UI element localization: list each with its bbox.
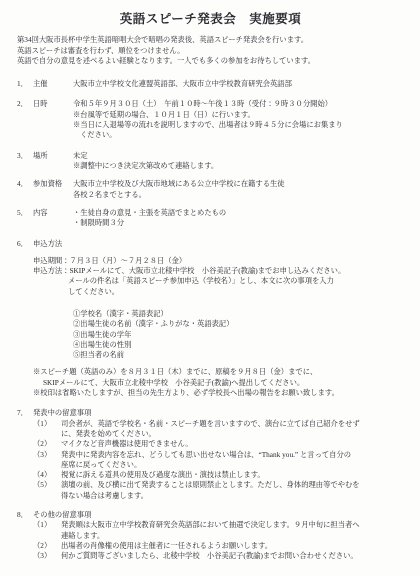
document-page: 英語スピーチ発表会 実施要項 第34回大阪市長杯中学生英語暗唱大会で暗唱の発表後… [0, 0, 420, 576]
application-field-item: ②出場生徒の名前（漢字・ふりがな・英語表記） [73, 319, 404, 329]
text-line: ください。 [73, 130, 404, 140]
text-line: 令和５年９月３０日（土） 午前１０時～午後１３時（受付：９時３０分開始） [73, 99, 404, 109]
section-label: 参加資格 [33, 179, 62, 200]
section-heading: 2． 日時 [17, 99, 73, 140]
list-item: （1） 司会者が、英語で学校名・名前・スピーチ題を言いますので、演台に立てば自己… [33, 419, 404, 440]
presentation-notes-list: （1） 司会者が、英語で学校名・名前・スピーチ題を言いますので、演台に立てば自己… [17, 419, 404, 501]
page-title: 英語スピーチ発表会 実施要項 [17, 14, 404, 24]
section-eligibility: 4． 参加資格 大阪市立中学校及び大阪市地域にある公立中学校に在籍する生徒 各校… [17, 179, 404, 200]
list-item: （2） マイクなど音声機器は使用できません。 [33, 439, 404, 449]
section-application: 6． 申込方法 [17, 239, 404, 249]
text-line: 未定 [73, 151, 404, 161]
section-heading: 7． 発表中の留意事項 [17, 408, 73, 418]
application-details: 申込期間：７月３日（月）～７月２８日（金） 申込方法：SKIPメールにて、大阪市… [17, 256, 404, 399]
section-number: 2． [17, 99, 33, 140]
list-item: （5） 演壇の前、及び横に出て発表することは原則禁止とします。ただし、身体的理由… [33, 480, 404, 501]
other-notes-list: （1） 発表順は大阪市立中学校教育研究会英語部において抽選で決定します。９月中旬… [17, 520, 404, 561]
section-content: 5． 内容 ・生徒自身の意見・主張を英語でまとめたもの ・制限時間３分 [17, 208, 404, 229]
text-line: 発表順は大阪市立中学校教育研究会英語部において抽選で決定します。９月中旬に担当者… [61, 520, 404, 530]
item-number: （2） [33, 439, 61, 449]
text-line: 何かご質問等ございましたら、北稜中学校 小谷美記子(教諭)までお問い合わせくださ… [61, 551, 404, 561]
text-line: 司会者が、英語で学校名・名前・スピーチ題を言いますので、演台に立てば自己紹介をせ… [61, 419, 404, 429]
application-method-line: 申込方法：SKIPメールにて、大阪市立北稜中学校 小谷美記子(教諭)までお申し込… [33, 266, 404, 276]
section-number: 7． [17, 408, 33, 418]
section-other-notes: 8． その他の留意事項 [17, 510, 404, 520]
list-item: （4） 視覚に訴える道具の使用及び過度な演出・演技は禁止します。 [33, 470, 404, 480]
section-label: 場所 [33, 151, 48, 172]
text-line: ※当日に入退場等の流れを説明しますので、出場者は９時４５分に会場にお集まり [73, 120, 404, 130]
section-heading: 4． 参加資格 [17, 179, 73, 200]
text-line: ・制限時間３分 [73, 218, 404, 228]
section-label: 日時 [33, 99, 48, 140]
section-label: 申込方法 [33, 239, 62, 249]
text-line: 視覚に訴える道具の使用及び過度な演出・演技は禁止します。 [61, 470, 404, 480]
section-datetime: 2． 日時 令和５年９月３０日（土） 午前１０時～午後１３時（受付：９時３０分開… [17, 99, 404, 140]
application-period-line: 申込期間：７月３日（月）～７月２８日（金） [33, 256, 404, 266]
item-number: （1） [33, 520, 61, 541]
application-field-item: ④出場生徒の性別 [73, 340, 404, 350]
section-presentation-notes: 7． 発表中の留意事項 [17, 408, 404, 418]
section-number: 4． [17, 179, 33, 200]
list-item: （1） 発表順は大阪市立中学校教育研究会英語部において抽選で決定します。９月中旬… [33, 520, 404, 541]
text-line: マイクなど音声機器は使用できません。 [61, 439, 404, 449]
application-field-list: ①学校名（漢字・英語表記） ②出場生徒の名前（漢字・ふりがな・英語表記） ③出場… [33, 309, 404, 360]
note-line: SKIPメールにて、大阪市立北稜中学校 小谷美記子(教諭)へ提出してください。 [33, 378, 404, 388]
text-line: 発表中に発表内容を忘れ、どうしても思い出せない場合は、“Thank you.” … [61, 450, 404, 460]
note-line: ※校印は省略いたしますが、担当の先生方より、必ず学校長へ出場の報告をお願い致しま… [33, 388, 404, 398]
intro-line: 英語で自分の意見を述べるよい経験となります。一人でも多くの参加をお待ちしています… [17, 56, 404, 66]
item-number: （2） [33, 541, 61, 551]
text-line: 大阪市立中学校及び大阪市地域にある公立中学校に在籍する生徒 [73, 179, 404, 189]
item-number: （3） [33, 450, 61, 471]
text-line: ※調整中につき決定次第改めて連絡します。 [73, 161, 404, 171]
section-number: 1． [17, 79, 33, 89]
text-line: 得ない場合は考慮します。 [61, 491, 404, 501]
item-number: （1） [33, 419, 61, 440]
item-number: （3） [33, 551, 61, 561]
section-number: 3． [17, 151, 33, 172]
section-heading: 1． 主催 [17, 79, 73, 89]
section-label: 内容 [33, 208, 48, 229]
text-line: ※台風等で延期の場合、１０月１日（日）に行います。 [73, 110, 404, 120]
text-line: 大阪市立中学校文化連盟英語部、大阪市立中学校教育研究会英語部 [73, 79, 404, 89]
section-heading: 5． 内容 [17, 208, 73, 229]
text-line: 各校２名までとする。 [73, 190, 404, 200]
text-line: 出場者の肖像権の使用は主催者に一任されるようお願いします。 [61, 541, 404, 551]
text-line: 演壇の前、及び横に出て発表することは原則禁止とします。ただし、身体的理由等でやむ… [61, 480, 404, 490]
section-organizer: 1． 主催 大阪市立中学校文化連盟英語部、大阪市立中学校教育研究会英語部 [17, 79, 404, 89]
item-number: （4） [33, 470, 61, 480]
application-field-item: ①学校名（漢字・英語表記） [73, 309, 404, 319]
section-venue: 3． 場所 未定 ※調整中につき決定次第改めて連絡します。 [17, 151, 404, 172]
application-notes: ※スピーチ題（英語のみ）を８月３１日（木）までに、原稿を９月８日（金）までに、 … [33, 367, 404, 398]
list-item: （3） 発表中に発表内容を忘れ、どうしても思い出せない場合は、“Thank yo… [33, 450, 404, 471]
section-label: 主催 [33, 79, 48, 89]
section-number: 6． [17, 239, 33, 249]
section-heading: 3． 場所 [17, 151, 73, 172]
intro-paragraph: 第34回大阪市長杯中学生英語暗唱大会で暗唱の発表後、英語スピーチ発表会を行います… [17, 35, 404, 66]
list-item: （3） 何かご質問等ございましたら、北稜中学校 小谷美記子(教諭)までお問い合わ… [33, 551, 404, 561]
section-label: 発表中の留意事項 [33, 408, 91, 418]
text-line: 座席に戻ってください。 [61, 460, 404, 470]
application-field-item: ⑤担当者の名前 [73, 350, 404, 360]
text-line: してください。 [33, 287, 404, 297]
section-number: 8． [17, 510, 33, 520]
text-line: メールの件名は「英語スピーチ参加申込（学校名）」とし、本文に次の事項を入力 [33, 276, 404, 286]
section-label: その他の留意事項 [33, 510, 91, 520]
text-line: ・生徒自身の意見・主張を英語でまとめたもの [73, 208, 404, 218]
section-number: 5． [17, 208, 33, 229]
item-number: （5） [33, 480, 61, 501]
section-heading: 6． 申込方法 [17, 239, 73, 249]
note-line: ※スピーチ題（英語のみ）を８月３１日（木）までに、原稿を９月８日（金）までに、 [33, 367, 404, 377]
intro-line: 第34回大阪市長杯中学生英語暗唱大会で暗唱の発表後、英語スピーチ発表会を行います… [17, 35, 404, 45]
application-field-item: ③出場生徒の学年 [73, 330, 404, 340]
intro-line: 英語スピーチは審査を行わず、順位をつけません。 [17, 46, 404, 56]
text-line: 連絡します。 [61, 531, 404, 541]
list-item: （2） 出場者の肖像権の使用は主催者に一任されるようお願いします。 [33, 541, 404, 551]
section-heading: 8． その他の留意事項 [17, 510, 73, 520]
text-line: に、発表を始めてください。 [61, 429, 404, 439]
